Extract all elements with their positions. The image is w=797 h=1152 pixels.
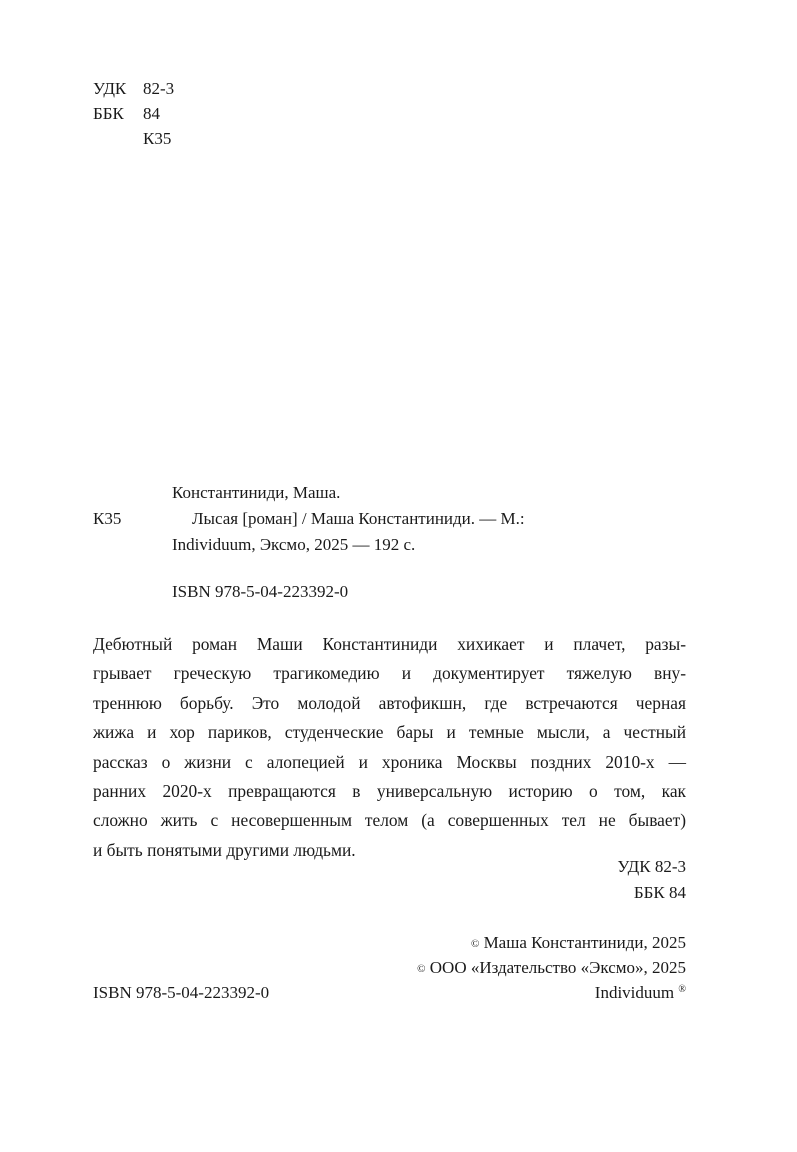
annotation-line: Дебютный роман Маши Константиниди хихика… — [93, 630, 686, 659]
annotation-paragraph: Дебютный роман Маши Константиниди хихика… — [93, 630, 686, 865]
annotation-line: грывает греческую трагикомедию и докумен… — [93, 659, 686, 688]
annotation-line: рассказ о жизни с алопецией и хроника Мо… — [93, 748, 686, 777]
bbk-value: 84 — [143, 105, 160, 122]
copyright-publisher: ООО «Издательство «Эксмо», 2025 — [430, 958, 686, 977]
annotation-line: ранних 2020-х превращаются в универсальн… — [93, 777, 686, 806]
bottom-udk: УДК 82-3 — [617, 858, 686, 875]
author-sign: К35 — [143, 130, 171, 147]
catalog-author: Константиниди, Маша. — [172, 484, 340, 501]
copyright-icon: © — [417, 963, 425, 975]
annotation-line: жижа и хор париков, студенческие бары и … — [93, 718, 686, 747]
udk-label: УДК — [93, 80, 126, 97]
catalog-author-sign: К35 — [93, 510, 121, 527]
catalog-isbn: ISBN 978-5-04-223392-0 — [172, 583, 348, 600]
copyright-publisher-line: © ООО «Издательство «Эксмо», 2025 — [417, 959, 686, 976]
annotation-line: сложно жить с несовершенным телом (а сов… — [93, 806, 686, 835]
copyright-author: Маша Константиниди, 2025 — [484, 933, 686, 952]
bottom-bbk: ББК 84 — [634, 884, 686, 901]
imprint-line: Individuum ® — [595, 984, 686, 1001]
catalog-imprint: Individuum, Эксмо, 2025 — 192 с. — [172, 536, 415, 553]
bottom-isbn: ISBN 978-5-04-223392-0 — [93, 984, 269, 1001]
udk-value: 82-3 — [143, 80, 174, 97]
imprint-name: Individuum — [595, 983, 674, 1002]
registered-icon: ® — [678, 984, 686, 995]
catalog-title: Лысая [роман] / Маша Константиниди. — М.… — [192, 510, 525, 527]
bbk-label: ББК — [93, 105, 124, 122]
annotation-line: и быть понятыми другими людьми. — [93, 836, 686, 865]
copyright-icon: © — [471, 938, 479, 950]
annotation-line: треннюю борьбу. Это молодой автофикшн, г… — [93, 689, 686, 718]
copyright-author-line: © Маша Константиниди, 2025 — [471, 934, 686, 951]
